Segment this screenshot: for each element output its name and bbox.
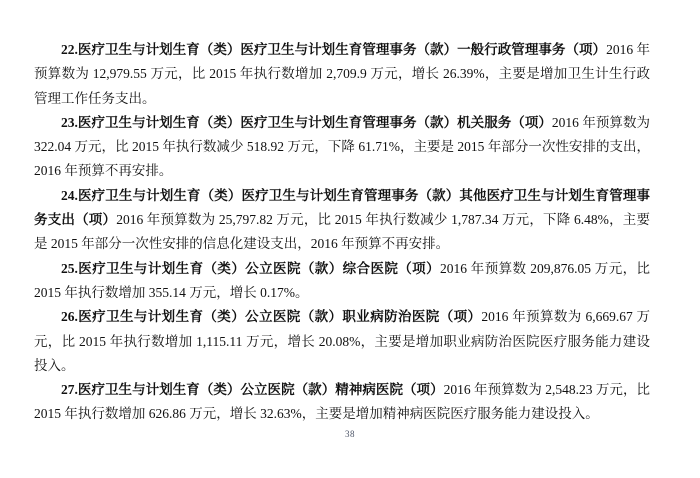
budget-item-paragraph-23: 23.医疗卫生与计划生育（类）医疗卫生与计划生育管理事务（款）机关服务（项）20… xyxy=(34,111,650,184)
budget-item-paragraph-27: 27.医疗卫生与计划生育（类）公立医院（款）精神病医院（项）2016 年预算数为… xyxy=(34,378,650,427)
page-number: 38 xyxy=(0,429,700,439)
budget-item-paragraph-22: 22.医疗卫生与计划生育（类）医疗卫生与计划生育管理事务（款）一般行政管理事务（… xyxy=(34,38,650,111)
budget-item-paragraph-24: 24.医疗卫生与计划生育（类）医疗卫生与计划生育管理事务（款）其他医疗卫生与计划… xyxy=(34,184,650,257)
item-27-heading: 27.医疗卫生与计划生育（类）公立医院（款）精神病医院（项） xyxy=(61,382,444,397)
budget-item-paragraph-25: 25.医疗卫生与计划生育（类）公立医院（款）综合医院（项）2016 年预算数 2… xyxy=(34,257,650,306)
document-page: 22.医疗卫生与计划生育（类）医疗卫生与计划生育管理事务（款）一般行政管理事务（… xyxy=(0,0,700,478)
item-22-heading: 22.医疗卫生与计划生育（类）医疗卫生与计划生育管理事务（款）一般行政管理事务（… xyxy=(61,42,606,57)
budget-item-paragraph-26: 26.医疗卫生与计划生育（类）公立医院（款）职业病防治医院（项）2016 年预算… xyxy=(34,305,650,378)
item-24-text: 2016 年预算数为 25,797.82 万元，比 2015 年执行数减少 1,… xyxy=(34,212,650,251)
item-23-heading: 23.医疗卫生与计划生育（类）医疗卫生与计划生育管理事务（款）机关服务（项） xyxy=(61,115,552,130)
item-26-heading: 26.医疗卫生与计划生育（类）公立医院（款）职业病防治医院（项） xyxy=(61,309,481,324)
item-25-heading: 25.医疗卫生与计划生育（类）公立医院（款）综合医院（项） xyxy=(61,261,440,276)
document-body: 22.医疗卫生与计划生育（类）医疗卫生与计划生育管理事务（款）一般行政管理事务（… xyxy=(34,38,650,427)
